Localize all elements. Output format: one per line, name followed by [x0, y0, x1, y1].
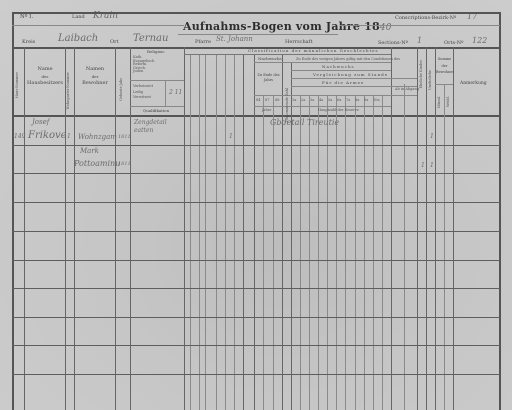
row1-besitzer-last: Frikove — [28, 131, 67, 141]
nachwuchs-header: Nachwuchs — [258, 57, 282, 61]
top-row-line — [12, 25, 184, 26]
col-bewohner — [115, 47, 116, 410]
header-line: Namen — [76, 66, 114, 74]
stand-mark: 2 11 — [169, 90, 182, 96]
page-title: Aufnahms-Bogen vom Jahre 1840 — [183, 20, 392, 33]
row-line — [12, 288, 500, 289]
row2-mark-a: 1 — [421, 163, 425, 169]
col-nachwuchs — [282, 54, 283, 410]
haus-nummer-header: Haus-Nummer — [16, 72, 20, 98]
orts-label: Orts-Nº — [444, 41, 463, 46]
row2-mark-b: 1 — [430, 163, 434, 169]
classification-header: Classification der männlichen Geschlecht… — [248, 49, 379, 53]
col-anmerkung — [453, 47, 454, 410]
row1-haus-nummer: 149 — [14, 134, 25, 140]
land-label: Land — [72, 15, 85, 20]
partei-header: Wohnpartei-Nummer — [67, 72, 71, 109]
row-line — [12, 202, 500, 203]
subcol — [355, 95, 356, 410]
weiblich-label: Weibl. — [447, 96, 451, 107]
subcol — [318, 95, 319, 410]
sections-value: 1 — [417, 37, 422, 45]
conscription-label: Conscriptions-Bezirk-Nº — [395, 16, 456, 21]
qualifikation-header: Qualifikation — [143, 109, 169, 113]
subcol — [309, 95, 310, 410]
row-line — [12, 317, 500, 318]
header-line: Bewohner — [76, 80, 114, 88]
armee-col: 10a — [373, 99, 382, 103]
obligation-note: Zu Ende des vorigen Jahres giltig mit de… — [296, 58, 400, 62]
subcol — [444, 84, 445, 410]
subcol — [225, 54, 226, 410]
header-line: Name — [26, 66, 64, 74]
col-uneheliche — [426, 47, 427, 410]
header-line: Jahrs — [256, 78, 281, 83]
stand-row: Ledig — [133, 91, 153, 95]
hdr-line — [254, 95, 417, 96]
jahre-label: Jahre — [262, 109, 272, 113]
hdr-line — [291, 78, 417, 79]
subcol — [263, 95, 264, 410]
class-title-line — [184, 54, 391, 55]
eheliche-label: Eheliche Kinder — [420, 60, 424, 89]
religion-row: Juden — [133, 70, 154, 74]
religion-header: Religion: — [147, 50, 165, 54]
frame-top — [12, 12, 500, 14]
armee-col: 4a — [319, 99, 328, 103]
row1-qualifikation-1: Zengdetail — [134, 120, 167, 126]
subcol — [382, 95, 383, 410]
subcol — [199, 54, 200, 410]
armee-col: 3a — [310, 99, 319, 103]
stand-row: Verwitwet — [133, 96, 153, 100]
pfarre-value: St. Johann — [216, 36, 253, 43]
row-line — [12, 374, 500, 375]
uneheliche-label: Uneheliche — [429, 70, 433, 90]
hdr-line — [254, 106, 391, 107]
row1-besitzer-first: Josef — [32, 119, 49, 126]
hdr-line — [291, 70, 391, 71]
subcol — [404, 84, 405, 410]
kreis-label: Kreis — [22, 40, 35, 45]
armee-cols: 1a 2a 3a 4a 5a 6a 7a 8a 9a 10a — [292, 99, 382, 103]
armee-col: 8a — [355, 99, 364, 103]
nachwuchs-col: 88 — [275, 99, 279, 103]
herrschaft-label: Herrschaft — [285, 40, 313, 45]
sections-label: Sections-Nº — [378, 41, 408, 46]
title-text: Aufnahms-Bogen vom Jahre 18 — [183, 20, 380, 33]
col-armee-end — [391, 47, 392, 410]
armee-col: 7a — [346, 99, 355, 103]
nachwuchs-col: 84 — [256, 99, 260, 103]
row-line — [12, 173, 500, 174]
anmerkung-header: Anmerkung — [460, 82, 487, 87]
subcol — [273, 95, 274, 410]
ort-label: Ort — [110, 40, 119, 45]
subcol — [300, 95, 301, 410]
subcol — [234, 54, 235, 410]
col-eheliche — [417, 47, 418, 410]
col-class-b — [254, 54, 255, 410]
col-partei — [74, 47, 75, 410]
hdr-line — [130, 80, 184, 81]
col-class-a — [243, 54, 244, 410]
subcol — [205, 54, 206, 410]
row1-qualifikation-2: eatten — [134, 128, 153, 134]
vergleich-label: Vergleichung zum Stande — [313, 73, 388, 77]
row1-bewohner: Wohnzgam — [78, 134, 117, 141]
armee-col: 1a — [292, 99, 301, 103]
row-line — [12, 260, 500, 261]
armee-col: 5a — [328, 99, 337, 103]
orts-value: 122 — [472, 37, 487, 45]
row2-geburtsjahr: 1811 — [118, 162, 131, 167]
religion-list: Kath. Evangelisch Reform. Griech. Juden — [133, 56, 154, 74]
subcol — [373, 95, 374, 410]
frame-left — [12, 12, 14, 410]
col-qualifikation — [184, 47, 185, 410]
row-line — [12, 345, 500, 346]
nachwuchs-title: Nachwuchs — [322, 65, 355, 69]
hauptzahl-label: Hauptzahl der Reserve — [318, 109, 359, 113]
armee-col: 6a — [337, 99, 346, 103]
top-row-line-right — [340, 25, 500, 26]
census-sheet: Nº I. Land Krain Aufnahms-Bogen vom Jahr… — [0, 0, 512, 410]
pfarre-label: Pfarre — [195, 40, 211, 45]
subcol — [327, 95, 328, 410]
header-line: Bewohner — [436, 69, 453, 76]
hdr-line — [130, 106, 184, 107]
header-line: Hausbesitzers — [26, 80, 64, 88]
ort-value: Ternau — [133, 34, 168, 44]
col-reserve — [291, 62, 292, 410]
header-line: der — [436, 63, 453, 70]
row1-geburtsjahr: 1811 — [118, 135, 131, 140]
header-line: Summe — [436, 56, 453, 63]
stand-list: Verheiratet Ledig Verwitwet — [133, 85, 153, 100]
row-line — [12, 145, 500, 146]
abgang-label: Ab in Abgang — [395, 88, 419, 92]
title-underline — [178, 34, 338, 35]
conscription-value: 17 — [467, 13, 477, 21]
hdr-line — [254, 62, 391, 63]
geburtsjahr-header: Geburts-Jahr — [120, 78, 124, 101]
subcol — [190, 54, 191, 410]
stand-row: Verheiratet — [133, 85, 153, 89]
row1-mark: 1 — [229, 134, 233, 140]
subcol — [216, 54, 217, 410]
hdr-line — [435, 84, 453, 85]
armee-col: 2a — [301, 99, 310, 103]
row1-partei: 1 — [67, 134, 71, 140]
armee-label: Für die Armee — [322, 81, 364, 85]
bewohner-header: Namen der Bewohner — [76, 66, 114, 87]
form-number: Nº I. — [20, 15, 33, 21]
col-summe-a — [435, 47, 436, 410]
row1-summe-mark: 1 — [430, 134, 434, 140]
besitzer-header: Name des Hausbesitzers — [26, 66, 64, 87]
col-haus — [24, 47, 25, 410]
subcol — [345, 95, 346, 410]
frame-right — [499, 12, 501, 410]
subcol — [336, 95, 337, 410]
maennlich-label: Männl. — [438, 96, 442, 108]
kreis-value: Laibach — [58, 34, 98, 44]
nachwuchs-sub: Zu Ende des Jahrs — [256, 73, 281, 84]
row-line — [12, 231, 500, 232]
nachwuchs-col: 87 — [265, 99, 269, 103]
row1-classification-note: Gbdetail Tireutie — [270, 119, 339, 127]
col-geburt — [130, 47, 131, 410]
row2-bewohner-last: Pottoaminu — [74, 160, 120, 168]
subcol — [364, 95, 365, 410]
summe-header: Summe der Bewohner — [436, 56, 453, 76]
subcol — [165, 80, 166, 106]
armee-col: 9a — [364, 99, 373, 103]
row2-bewohner-first: Mark — [80, 148, 99, 155]
